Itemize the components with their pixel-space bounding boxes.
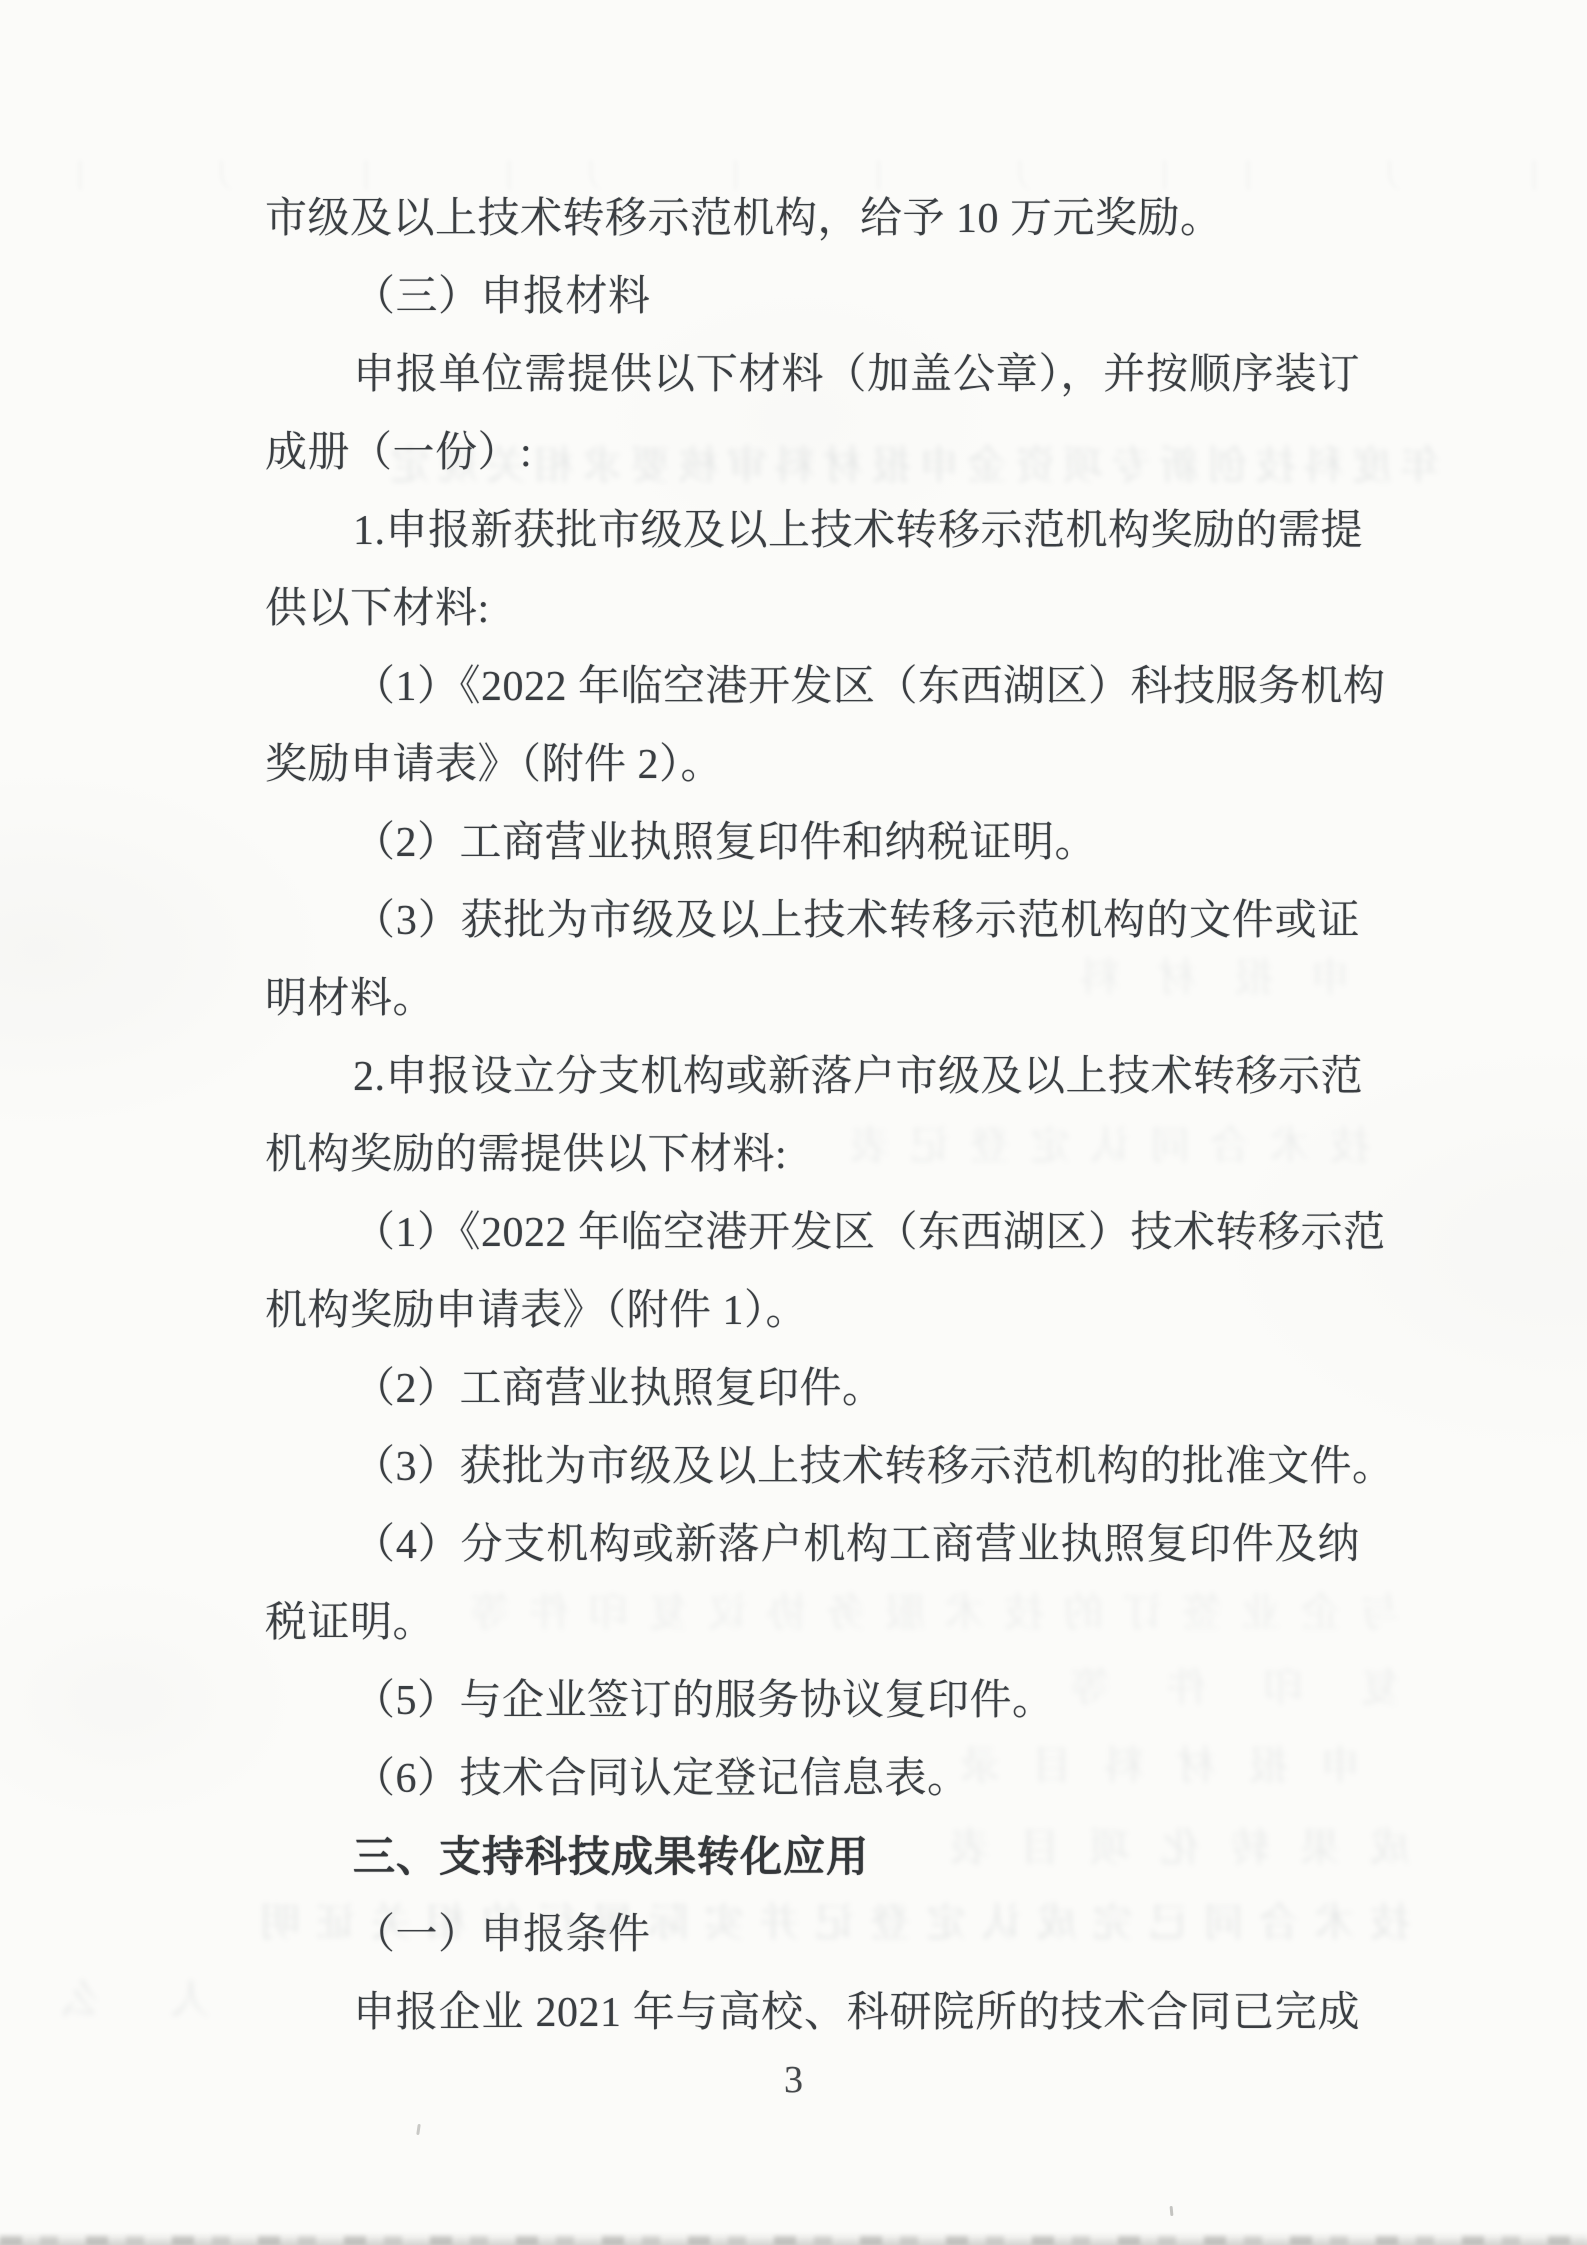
text-line: （3）获批为市级及以上技术转移示范机构的批准文件。 xyxy=(265,1428,1360,1506)
text-line: （5）与企业签订的服务协议复印件。 xyxy=(265,1662,1360,1740)
scan-speck xyxy=(416,2124,421,2135)
text-line: （6）技术合同认定登记信息表。 xyxy=(265,1740,1360,1818)
text-line: 申报企业 2021 年与高校、科研院所的技术合同已完成 xyxy=(265,1974,1360,2052)
page-number: 3 xyxy=(0,2058,1587,2102)
text-line: （1）《2022 年临空港开发区（东西湖区）技术转移示范 xyxy=(265,1194,1360,1272)
scanned-document-page: 丨 丿 丨丨 丿 丨 丨 丿丨 丨 丿 丨 年度科技创新专项资金申报材料审核要求… xyxy=(0,0,1587,2245)
text-line: （2）工商营业执照复印件和纳税证明。 xyxy=(265,804,1360,882)
text-line: 成册（一份）: xyxy=(265,414,1360,492)
subsection-heading-line: （一）申报条件 xyxy=(265,1896,1360,1974)
text-line: （1）《2022 年临空港开发区（东西湖区）科技服务机构 xyxy=(265,648,1360,726)
section-heading-line: 三、支持科技成果转化应用 xyxy=(265,1818,1360,1896)
scan-speck xyxy=(1170,2206,1174,2216)
text-line: （2）工商营业执照复印件。 xyxy=(265,1350,1360,1428)
text-line: 机构奖励申请表》（附件 1）。 xyxy=(265,1272,1360,1350)
text-line: （3）获批为市级及以上技术转移示范机构的文件或证 xyxy=(265,882,1360,960)
text-line: 明材料。 xyxy=(265,960,1360,1038)
text-line: （4）分支机构或新落户机构工商营业执照复印件及纳 xyxy=(265,1506,1360,1584)
text-line: 2.申报设立分支机构或新落户市级及以上技术转移示范 xyxy=(265,1038,1360,1116)
text-line: 1.申报新获批市级及以上技术转移示范机构奖励的需提 xyxy=(265,492,1360,570)
text-line: 供以下材料: xyxy=(265,570,1360,648)
scanner-edge-band xyxy=(0,2231,1587,2245)
subsection-heading-line: （三）申报材料 xyxy=(265,258,1360,336)
text-line: 奖励申请表》（附件 2）。 xyxy=(265,726,1360,804)
text-line: 机构奖励的需提供以下材料: xyxy=(265,1116,1360,1194)
document-text-block: 市级及以上技术转移示范机构，给予 10 万元奖励。 （三）申报材料 申报单位需提… xyxy=(265,180,1360,2052)
text-line: 申报单位需提供以下材料（加盖公章），并按顺序装订 xyxy=(265,336,1360,414)
text-line: 税证明。 xyxy=(265,1584,1360,1662)
bleedthrough-mark: 人么 xyxy=(60,1972,210,2028)
text-line: 市级及以上技术转移示范机构，给予 10 万元奖励。 xyxy=(265,180,1360,258)
